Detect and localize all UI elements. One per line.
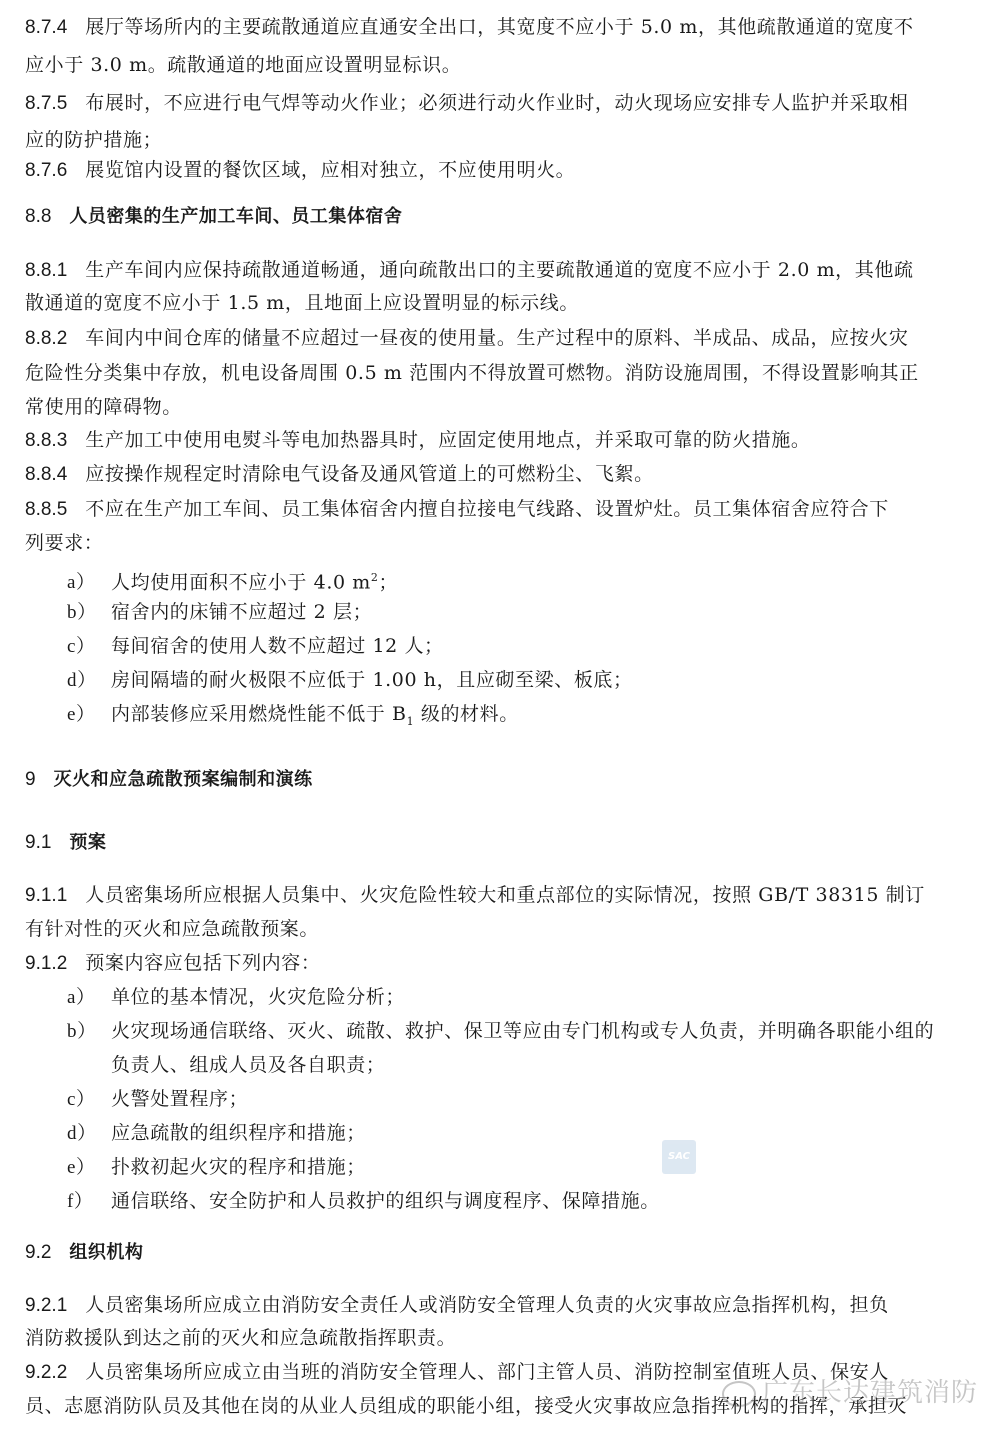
clause-text: 有针对性的灭火和应急疏散预案。 (25, 918, 319, 940)
list-item-text: 每间宿舍的使用人数不应超过 12 人； (111, 635, 444, 657)
section-title: 组织机构 (69, 1242, 143, 1263)
clause-number: 8.8.1 (25, 256, 67, 286)
clause-continuation: 常使用的障碍物。 (25, 392, 990, 422)
clause-number: 9.2.1 (25, 1291, 67, 1321)
list-item-label: e） (67, 1153, 111, 1183)
clause-text: 散通道的宽度不应小于 1.5 m，且地面上应设置明显的标示线。 (25, 292, 579, 314)
superscript: 2 (371, 571, 379, 584)
list-item-e: e）扑救初起火灾的程序和措施； (67, 1152, 990, 1183)
clause-text: 消防救援队到达之前的灭火和应急疏散指挥职责。 (25, 1327, 456, 1349)
list-item-continuation: 负责人、组成人员及各自职责； (111, 1050, 990, 1080)
list-item-suffix: 级的材料。 (414, 703, 519, 725)
section-number: 9.1 (25, 828, 51, 858)
list-item-text: 火灾现场通信联络、灭火、疏散、救护、保卫等应由专门机构或专人负责，并明确各职能小… (111, 1020, 934, 1042)
section-heading-8-8: 8.8人员密集的生产加工车间、员工集体宿舍 (25, 202, 990, 232)
list-item-f: f）通信联络、安全防护和人员救护的组织与调度程序、保障措施。 (67, 1186, 990, 1217)
clause-number: 8.7.6 (25, 156, 67, 186)
document-page: 8.7.4展厅等场所内的主要疏散通道应直通安全出口，其宽度不应小于 5.0 m，… (0, 0, 1000, 1430)
clause-text: 预案内容应包括下列内容： (85, 952, 320, 974)
chapter-heading-9: 9灭火和应急疏散预案编制和演练 (25, 765, 990, 795)
clause-continuation: 危险性分类集中存放，机电设备周围 0.5 m 范围内不得放置可燃物。消防设施周围… (25, 358, 990, 388)
list-item-text: 内部装修应采用燃烧性能不低于 B (111, 703, 407, 725)
clause-8-8-4: 8.8.4应按操作规程定时清除电气设备及通风管道上的可燃粉尘、飞絮。 (25, 459, 990, 490)
list-item-text: 火警处置程序； (111, 1088, 248, 1110)
clause-text: 应的防护措施； (25, 129, 162, 151)
clause-number: 8.7.4 (25, 13, 67, 43)
clause-continuation: 有针对性的灭火和应急疏散预案。 (25, 914, 990, 944)
list-item-label: f） (67, 1187, 111, 1217)
list-item-text: 应急疏散的组织程序和措施； (111, 1122, 366, 1144)
list-item-text: 扑救初起火灾的程序和措施； (111, 1156, 366, 1178)
chapter-number: 9 (25, 765, 36, 795)
list-item-label: b） (67, 1017, 111, 1047)
clause-number: 8.8.4 (25, 460, 67, 490)
list-item-c: c）火警处置程序； (67, 1084, 990, 1115)
list-item-text: 单位的基本情况，火灾危险分析； (111, 986, 405, 1008)
clause-8-7-6: 8.7.6展览馆内设置的餐饮区域，应相对独立，不应使用明火。 (25, 155, 990, 186)
clause-text: 生产加工中使用电熨斗等电加热器具时，应固定使用地点，并采取可靠的防火措施。 (85, 429, 810, 451)
clause-text: 常使用的障碍物。 (25, 396, 182, 418)
clause-9-1-2: 9.1.2预案内容应包括下列内容： (25, 948, 990, 979)
clause-text: 应按操作规程定时清除电气设备及通风管道上的可燃粉尘、飞絮。 (85, 463, 653, 485)
clause-8-8-2: 8.8.2车间内中间仓库的储量不应超过一昼夜的使用量。生产过程中的原料、半成品、… (25, 323, 990, 354)
list-item-a: a）人均使用面积不应小于 4.0 m2； (67, 563, 990, 598)
list-item-suffix: ； (379, 571, 399, 593)
clause-text: 展览馆内设置的餐饮区域，应相对独立，不应使用明火。 (85, 159, 575, 181)
brand-watermark: 广东长达建筑消防 (722, 1372, 978, 1409)
clause-9-2-1: 9.2.1人员密集场所应成立由消防安全责任人或消防安全管理人负责的火灾事故应急指… (25, 1290, 990, 1321)
clause-9-1-1: 9.1.1人员密集场所应根据人员集中、火灾危险性较大和重点部位的实际情况，按照 … (25, 880, 990, 911)
list-item-d: d）应急疏散的组织程序和措施； (67, 1118, 990, 1149)
list-item-label: d） (67, 666, 111, 696)
list-item-a: a）单位的基本情况，火灾危险分析； (67, 982, 990, 1013)
clause-continuation: 应小于 3.0 m。疏散通道的地面应设置明显标识。 (25, 50, 990, 80)
list-item-text: 人均使用面积不应小于 4.0 m (111, 571, 371, 593)
clause-number: 8.8.2 (25, 324, 67, 354)
clause-number: 9.1.2 (25, 949, 67, 979)
sac-logo-watermark: SAC (662, 1140, 696, 1174)
clause-text: 展厅等场所内的主要疏散通道应直通安全出口，其宽度不应小于 5.0 m，其他疏散通… (85, 16, 913, 38)
clause-text: 列要求： (25, 532, 103, 554)
section-heading-9-2: 9.2组织机构 (25, 1238, 990, 1268)
clause-text: 危险性分类集中存放，机电设备周围 0.5 m 范围内不得放置可燃物。消防设施周围… (25, 362, 919, 384)
list-item-text: 通信联络、安全防护和人员救护的组织与调度程序、保障措施。 (111, 1190, 660, 1212)
clause-8-7-5: 8.7.5布展时，不应进行电气焊等动火作业；必须进行动火作业时，动火现场应安排专… (25, 88, 990, 119)
list-item-e: e）内部装修应采用燃烧性能不低于 B1 级的材料。 (67, 699, 990, 737)
clause-text: 车间内中间仓库的储量不应超过一昼夜的使用量。生产过程中的原料、半成品、成品，应按… (85, 327, 908, 349)
list-item-c: c）每间宿舍的使用人数不应超过 12 人； (67, 631, 990, 662)
list-item-label: a） (67, 568, 111, 598)
list-item-b: b）宿舍内的床铺不应超过 2 层； (67, 597, 990, 628)
clause-number: 8.7.5 (25, 89, 67, 119)
clause-continuation: 列要求： (25, 528, 990, 558)
section-title: 预案 (69, 832, 106, 853)
clause-number: 8.8.5 (25, 495, 67, 525)
list-item-b: b）火灾现场通信联络、灭火、疏散、救护、保卫等应由专门机构或专人负责，并明确各职… (67, 1016, 990, 1047)
list-item-label: a） (67, 983, 111, 1013)
brand-watermark-text: 广东长达建筑消防 (762, 1378, 978, 1408)
section-title: 人员密集的生产加工车间、员工集体宿舍 (69, 206, 402, 227)
clause-text: 布展时，不应进行电气焊等动火作业；必须进行动火作业时，动火现场应安排专人监护并采… (85, 92, 908, 114)
list-item-label: d） (67, 1119, 111, 1149)
list-item-label: c） (67, 632, 111, 662)
clause-text: 人员密集场所应成立由消防安全责任人或消防安全管理人负责的火灾事故应急指挥机构，担… (85, 1294, 889, 1316)
section-number: 9.2 (25, 1238, 51, 1268)
list-item-label: b） (67, 598, 111, 628)
clause-text: 不应在生产加工车间、员工集体宿舍内擅自拉接电气线路、设置炉灶。员工集体宿舍应符合… (85, 498, 889, 520)
clause-continuation: 消防救援队到达之前的灭火和应急疏散指挥职责。 (25, 1323, 990, 1353)
clause-8-8-5: 8.8.5不应在生产加工车间、员工集体宿舍内擅自拉接电气线路、设置炉灶。员工集体… (25, 494, 990, 525)
list-item-label: e） (67, 700, 111, 730)
clause-number: 9.2.2 (25, 1358, 67, 1388)
chapter-title: 灭火和应急疏散预案编制和演练 (54, 769, 313, 790)
list-item-label: c） (67, 1085, 111, 1115)
clause-continuation: 应的防护措施； (25, 125, 990, 155)
clause-text: 生产车间内应保持疏散通道畅通，通向疏散出口的主要疏散通道的宽度不应小于 2.0 … (85, 259, 913, 281)
clause-8-7-4: 8.7.4展厅等场所内的主要疏散通道应直通安全出口，其宽度不应小于 5.0 m，… (25, 12, 990, 43)
clause-8-8-3: 8.8.3生产加工中使用电熨斗等电加热器具时，应固定使用地点，并采取可靠的防火措… (25, 425, 990, 456)
clause-text: 应小于 3.0 m。疏散通道的地面应设置明显标识。 (25, 54, 461, 76)
list-item-d: d）房间隔墙的耐火极限不应低于 1.00 h，且应砌至梁、板底； (67, 665, 990, 696)
clause-number: 9.1.1 (25, 881, 67, 911)
clause-number: 8.8.3 (25, 426, 67, 456)
section-heading-9-1: 9.1预案 (25, 828, 990, 858)
section-number: 8.8 (25, 202, 51, 232)
wechat-icon (722, 1381, 756, 1407)
clause-text: 人员密集场所应根据人员集中、火灾危险性较大和重点部位的实际情况，按照 GB/T … (85, 884, 925, 906)
clause-8-8-1: 8.8.1生产车间内应保持疏散通道畅通，通向疏散出口的主要疏散通道的宽度不应小于… (25, 255, 990, 286)
clause-continuation: 散通道的宽度不应小于 1.5 m，且地面上应设置明显的标示线。 (25, 288, 990, 318)
list-item-text: 房间隔墙的耐火极限不应低于 1.00 h，且应砌至梁、板底； (111, 669, 633, 691)
list-item-text: 负责人、组成人员及各自职责； (111, 1054, 385, 1076)
list-item-text: 宿舍内的床铺不应超过 2 层； (111, 601, 372, 623)
